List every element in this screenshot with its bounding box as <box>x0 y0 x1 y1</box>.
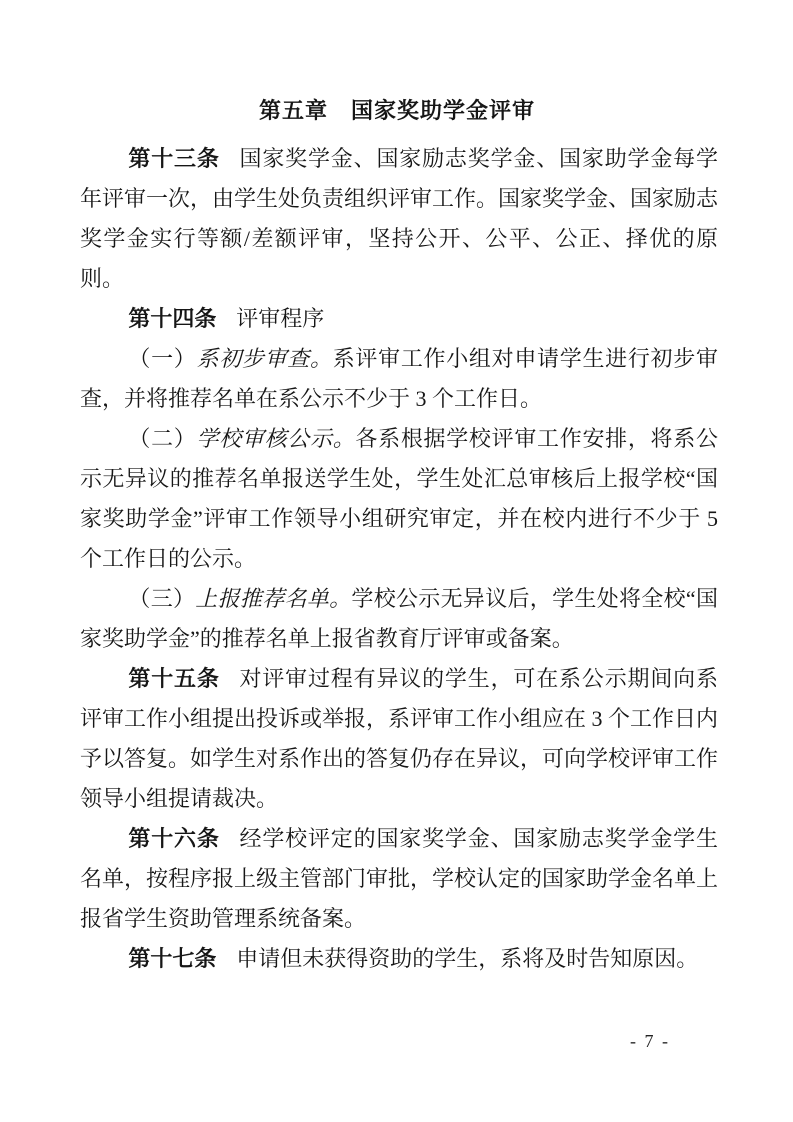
article-17-text: 申请但未获得资助的学生，系将及时告知原因。 <box>236 946 698 971</box>
article-17-number: 第十七条 <box>128 946 216 971</box>
article-13-paragraph: 第十三条国家奖学金、国家励志奖学金、国家助学金每学年评审一次，由学生处负责组织评… <box>80 139 718 299</box>
item-3-paragraph: （三）上报推荐名单。学校公示无异议后，学生处将全校“国家奖助学金”的推荐名单上报… <box>80 579 718 659</box>
item-1-paragraph: （一）系初步审查。系评审工作小组对申请学生进行初步审查，并将推荐名单在系公示不少… <box>80 339 718 419</box>
document-body: 第十三条国家奖学金、国家励志奖学金、国家助学金每学年评审一次，由学生处负责组织评… <box>80 139 718 979</box>
chapter-title: 第五章 国家奖助学金评审 <box>80 94 714 128</box>
item-2-paragraph: （二）学校审核公示。各系根据学校评审工作安排，将系公示无异议的推荐名单报送学生处… <box>80 419 718 579</box>
article-13-number: 第十三条 <box>128 146 219 171</box>
page-number: - 7 - <box>608 1030 692 1052</box>
article-17-paragraph: 第十七条申请但未获得资助的学生，系将及时告知原因。 <box>80 939 718 979</box>
item-1-heading: 系初步审查。 <box>197 346 333 371</box>
item-3-heading: 上报推荐名单。 <box>195 586 351 611</box>
article-15-number: 第十五条 <box>128 666 219 691</box>
item-1-number: （一） <box>128 346 196 371</box>
document-page: 第五章 国家奖助学金评审 第十三条国家奖学金、国家励志奖学金、国家助学金每学年评… <box>0 0 793 1122</box>
article-16-paragraph: 第十六条经学校评定的国家奖学金、国家励志奖学金学生名单，按程序报上级主管部门审批… <box>80 819 718 939</box>
article-15-paragraph: 第十五条对评审过程有异议的学生，可在系公示期间向系评审工作小组提出投诉或举报，系… <box>80 659 718 819</box>
item-3-number: （三） <box>128 586 195 611</box>
article-14-paragraph: 第十四条评审程序 <box>80 299 718 339</box>
article-14-text: 评审程序 <box>236 306 324 331</box>
article-16-number: 第十六条 <box>128 826 219 851</box>
item-2-heading: 学校审核公示。 <box>197 426 356 451</box>
article-14-number: 第十四条 <box>128 306 216 331</box>
item-2-number: （二） <box>128 426 196 451</box>
